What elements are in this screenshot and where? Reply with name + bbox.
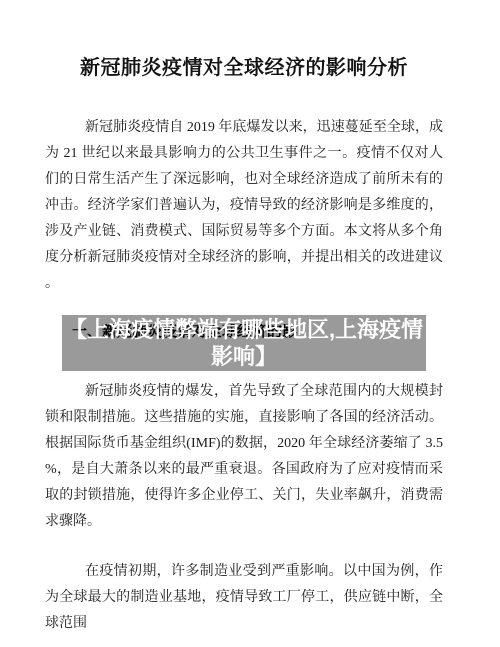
paragraph-manufacturing-impact: 在疫情初期，许多制造业受到严重影响。以中国为例，作为全球最大的制造业基地，疫情导… xyxy=(45,559,443,637)
document-title: 新冠肺炎疫情对全球经济的影响分析 xyxy=(45,53,443,83)
overlay-banner-line2: 影响】 xyxy=(62,343,426,370)
overlay-banner-line1: 【上海疫情弊端有哪些地区,上海疫情 xyxy=(62,316,426,343)
document-page: 新冠肺炎疫情对全球经济的影响分析 新冠肺炎疫情自 2019 年底爆发以来，迅速蔓… xyxy=(0,0,500,647)
paragraph-intro: 新冠肺炎疫情自 2019 年底爆发以来，迅速蔓延至全球，成为 21 世纪以来最具… xyxy=(45,115,443,297)
paragraph-lockdown-impact: 新冠肺炎疫情的爆发，首先导致了全球范围内的大规模封锁和限制措施。这些措施的实施，… xyxy=(45,379,443,535)
overlay-banner: 一、新冠肺炎疫情对全球经济的影响 【上海疫情弊端有哪些地区,上海疫情 影响】 xyxy=(62,315,426,371)
